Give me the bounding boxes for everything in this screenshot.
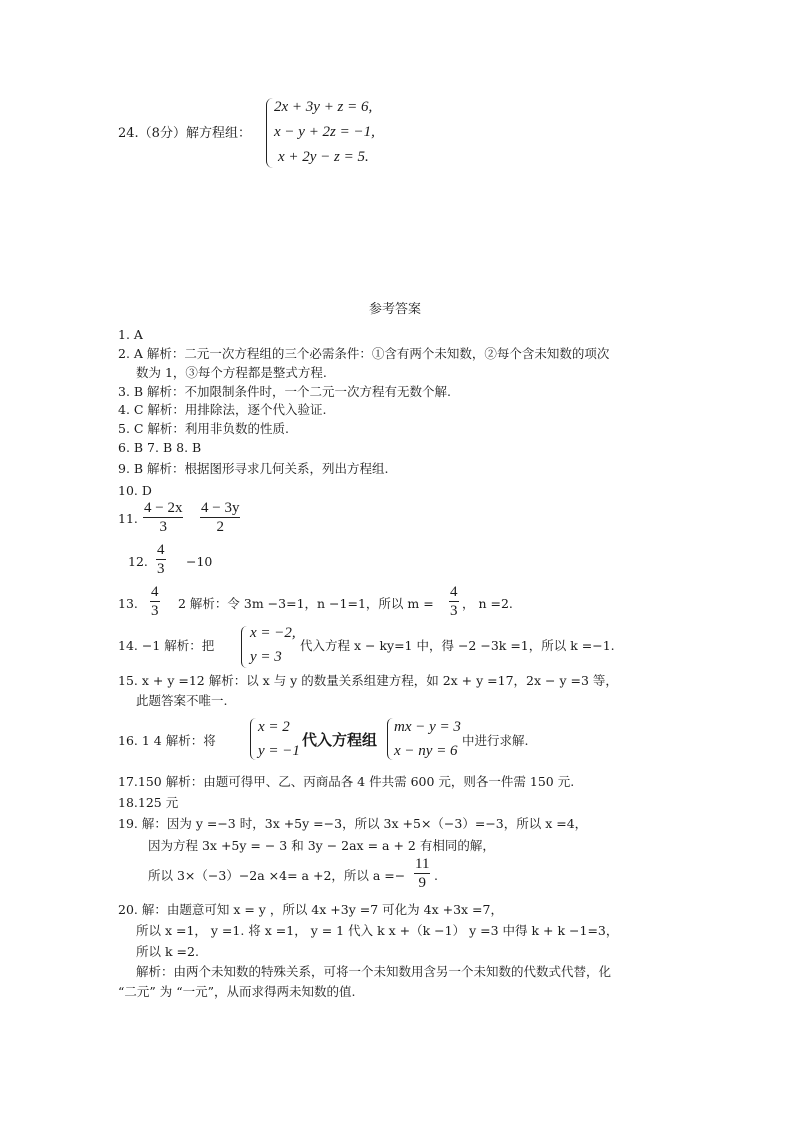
fraction: 4 − 3y 2 bbox=[200, 500, 240, 536]
equation: y = −1 bbox=[258, 744, 300, 759]
answer-3: 3. B 解析：不加限制条件时，一个二元一次方程有无数个解. bbox=[118, 386, 451, 399]
brace bbox=[250, 718, 256, 760]
answer-13-end: ， n =2. bbox=[462, 598, 513, 611]
answer-10: 10. D bbox=[118, 485, 152, 498]
numerator: 11 bbox=[414, 856, 430, 874]
answer-20-line2: 所以 x =1， y =1. 将 x =1， y = 1 代入 k x +（k … bbox=[136, 925, 618, 938]
answer-2-line1: 2. A 解析：二元一次方程组的三个必需条件：①含有两个未知数，②每个含未知数的… bbox=[118, 348, 609, 361]
fraction: 4 3 bbox=[156, 542, 166, 578]
equation-1: 2x + 3y + z = 6, bbox=[274, 100, 372, 115]
answer-13-text: 2 解析：令 3m −3=1，n −1=1，所以 m = bbox=[178, 598, 434, 611]
answer-5: 5. C 解析：利用非负数的性质. bbox=[118, 423, 289, 436]
brace bbox=[266, 98, 273, 168]
answer-1: 1. A bbox=[118, 329, 143, 342]
answer-14-rest: 代入方程 x − ky=1 中，得 −2 −3k =1，所以 k =−1. bbox=[300, 640, 615, 653]
answer-20-line1: 20. 解：由题意可知 x = y ，所以 4x +3y =7 可化为 4x +… bbox=[118, 904, 503, 917]
answer-16-text: 16. 1 4 解析：将 bbox=[118, 735, 216, 748]
question-24-label: 24.（8分）解方程组： bbox=[118, 127, 251, 140]
answer-13-label: 13. bbox=[118, 598, 138, 611]
equation-3: x + 2y − z = 5. bbox=[278, 150, 369, 165]
answer-4: 4. C 解析：用排除法，逐个代入验证. bbox=[118, 404, 326, 417]
answer-17: 17.150 解析：由题可得甲、乙、丙商品各 4 件共需 600 元，则各一件需… bbox=[118, 776, 574, 789]
answer-14-text: 14. −1 解析：把 bbox=[118, 640, 214, 653]
answer-18: 18.125 元 bbox=[118, 797, 178, 810]
answer-12-label: 12. bbox=[128, 556, 148, 569]
answer-19-line3: 所以 3×（−3）−2a ×4= a +2，所以 a =− bbox=[148, 870, 405, 883]
equation-2: x − y + 2z = −1, bbox=[274, 125, 375, 140]
answer-19-end: . bbox=[434, 870, 438, 883]
fraction: 4 3 bbox=[150, 584, 160, 620]
answer-9: 9. B 解析：根据图形寻求几何关系，列出方程组. bbox=[118, 463, 389, 476]
numerator: 4 bbox=[156, 542, 166, 560]
denominator: 3 bbox=[449, 602, 459, 620]
numerator: 4 bbox=[449, 584, 459, 602]
answer-11-label: 11. bbox=[118, 513, 138, 526]
answer-20-line5: “二元” 为 “一元”，从而求得两未知数的值. bbox=[118, 986, 355, 999]
numerator: 4 bbox=[150, 584, 160, 602]
denominator: 9 bbox=[414, 874, 430, 892]
numerator: 4 − 2x bbox=[143, 500, 183, 518]
answer-15-line2: 此题答案不唯一. bbox=[136, 695, 227, 708]
brace bbox=[387, 718, 393, 760]
answer-15-line1: 15. x + y =12 解析：以 x 与 y 的数量关系组建方程，如 2x … bbox=[118, 675, 618, 688]
brace bbox=[241, 626, 247, 668]
equation: x − ny = 6 bbox=[394, 744, 458, 759]
denominator: 2 bbox=[200, 518, 240, 536]
fraction: 4 3 bbox=[449, 584, 459, 620]
denominator: 3 bbox=[150, 602, 160, 620]
answer-19-line1: 19. 解：因为 y =−3 时，3x +5y =−3，所以 3x +5×（−3… bbox=[118, 818, 587, 831]
answer-16-end: 中进行求解. bbox=[462, 735, 528, 748]
fraction: 4 − 2x 3 bbox=[143, 500, 183, 536]
equation: y = 3 bbox=[250, 650, 282, 665]
equation: x = 2 bbox=[258, 720, 290, 735]
equation: mx − y = 3 bbox=[394, 720, 461, 735]
fraction: 11 9 bbox=[414, 856, 430, 892]
equation: x = −2, bbox=[250, 626, 296, 641]
answer-16-mid: 代入方程组 bbox=[302, 733, 377, 748]
answer-6-8: 6. B 7. B 8. B bbox=[118, 442, 201, 455]
denominator: 3 bbox=[143, 518, 183, 536]
answers-title: 参考答案 bbox=[369, 303, 421, 316]
answer-20-line4: 解析：由两个未知数的特殊关系，可将一个未知数用含另一个未知数的代数式代替，化 bbox=[136, 966, 611, 979]
numerator: 4 − 3y bbox=[200, 500, 240, 518]
answer-2-line2: 数为 1，③每个方程都是整式方程. bbox=[136, 367, 327, 380]
answer-20-line3: 所以 k =2. bbox=[136, 946, 199, 959]
answer-12-second: −10 bbox=[186, 556, 212, 569]
denominator: 3 bbox=[156, 560, 166, 578]
answer-19-line2: 因为方程 3x +5y = − 3 和 3y − 2ax = a + 2 有相同… bbox=[148, 840, 495, 853]
